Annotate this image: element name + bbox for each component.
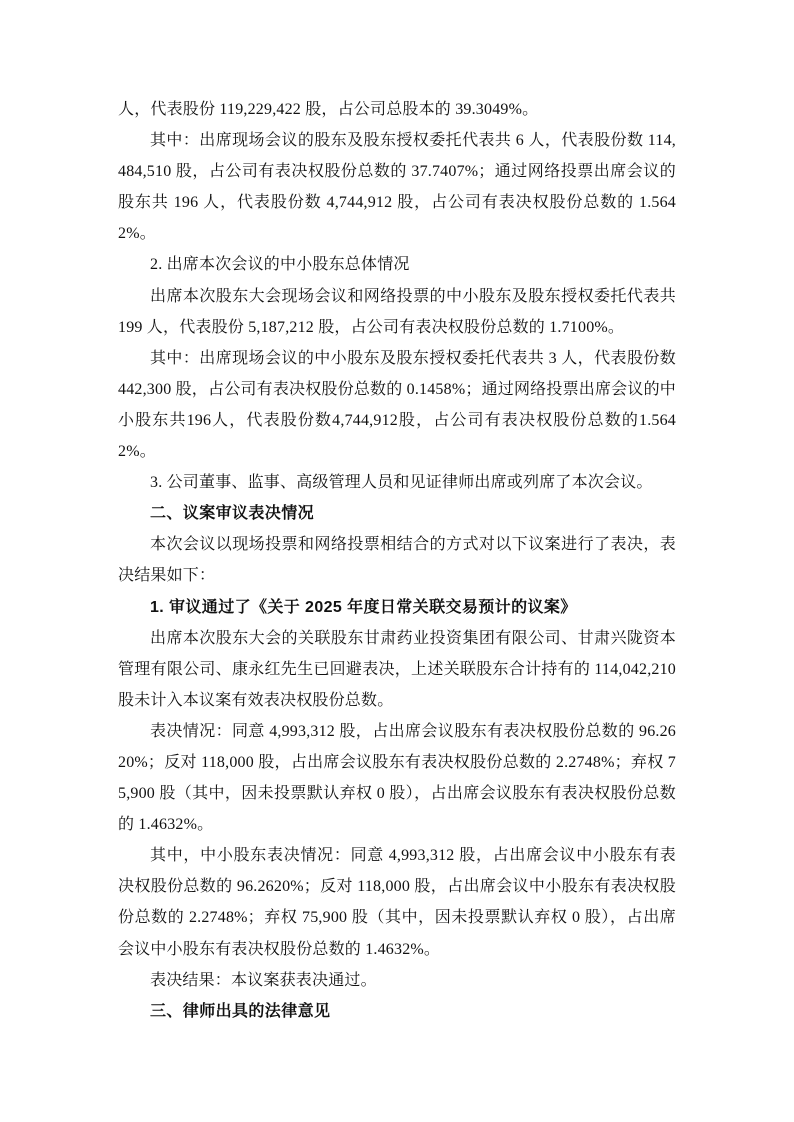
paragraph-total-shares-continuation: 人，代表股份 119,229,422 股，占公司总股本的 39.3049%。 (118, 94, 676, 125)
paragraph-onsite-network-breakdown: 其中：出席现场会议的股东及股东授权委托代表共 6 人，代表股份数 114,484… (118, 125, 676, 249)
heading-proposal1-approved: 1. 审议通过了《关于 2025 年度日常关联交易预计的议案》 (118, 592, 676, 623)
paragraph-voting-method: 本次会议以现场投票和网络投票相结合的方式对以下议案进行了表决，表决结果如下： (118, 529, 676, 591)
paragraph-minor-shareholders-breakdown: 其中：出席现场会议的中小股东及股东授权委托代表共 3 人，代表股份数 442,3… (118, 343, 676, 467)
paragraph-voting-result-detail: 表决情况：同意 4,993,312 股，占出席会议股东有表决权股份总数的 96.… (118, 716, 676, 840)
paragraph-voting-outcome: 表决结果：本议案获表决通过。 (118, 965, 676, 996)
paragraph-minor-shareholder-voting-detail: 其中，中小股东表决情况：同意 4,993,312 股，占出席会议中小股东有表决权… (118, 840, 676, 964)
paragraph-related-shareholders-recusal: 出席本次股东大会的关联股东甘肃药业投资集团有限公司、甘肃兴陇资本管理有限公司、康… (118, 623, 676, 716)
paragraph-item3-attendees: 3. 公司董事、监事、高级管理人员和见证律师出席或列席了本次会议。 (118, 467, 676, 498)
paragraph-minor-shareholders-total: 出席本次股东大会现场会议和网络投票的中小股东及股东授权委托代表共 199 人，代… (118, 281, 676, 343)
heading-section2-voting-results: 二、议案审议表决情况 (118, 498, 676, 529)
document-page: 人，代表股份 119,229,422 股，占公司总股本的 39.3049%。 其… (0, 0, 794, 1122)
paragraph-item2-minor-shareholders-title: 2. 出席本次会议的中小股东总体情况 (118, 249, 676, 280)
heading-section3-legal-opinion: 三、律师出具的法律意见 (118, 996, 676, 1027)
